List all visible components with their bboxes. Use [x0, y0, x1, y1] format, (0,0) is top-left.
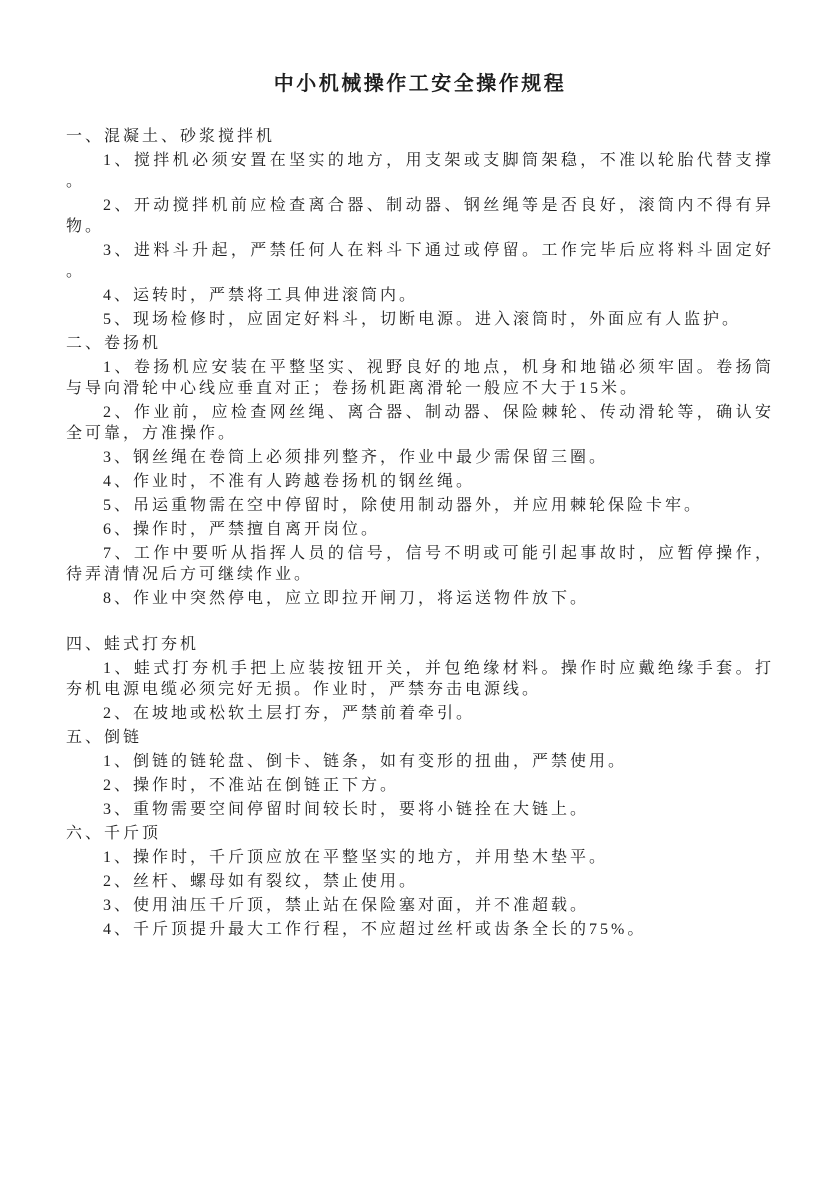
- section: 一、混凝土、砂浆搅拌机1、搅拌机必须安置在坚实的地方，用支架或支脚筒架稳，不准以…: [66, 126, 774, 330]
- rule-item: 8、作业中突然停电，应立即拉开闸刀，将运送物件放下。: [66, 588, 774, 609]
- section: 四、蛙式打夯机1、蛙式打夯机手把上应装按钮开关，并包绝缘材料。操作时应戴绝缘手套…: [66, 634, 774, 724]
- section-heading: 五、倒链: [66, 727, 774, 748]
- rule-item: 6、操作时，严禁擅自离开岗位。: [66, 519, 774, 540]
- rule-item: 1、操作时，千斤顶应放在平整坚实的地方，并用垫木垫平。: [66, 847, 774, 868]
- rule-item: 1、倒链的链轮盘、倒卡、链条，如有变形的扭曲，严禁使用。: [66, 751, 774, 772]
- rule-item: 3、进料斗升起，严禁任何人在料斗下通过或停留。工作完毕后应将料斗固定好。: [66, 240, 774, 282]
- section-heading: 二、卷扬机: [66, 333, 774, 354]
- rule-item: 1、搅拌机必须安置在坚实的地方，用支架或支脚筒架稳，不准以轮胎代替支撑。: [66, 150, 774, 192]
- rule-item: 2、操作时，不准站在倒链正下方。: [66, 775, 774, 796]
- section-heading: 一、混凝土、砂浆搅拌机: [66, 126, 774, 147]
- rule-item: 2、在坡地或松软土层打夯，严禁前着牵引。: [66, 703, 774, 724]
- rule-item: 4、千斤顶提升最大工作行程，不应超过丝杆或齿条全长的75%。: [66, 919, 774, 940]
- rule-item: 4、作业时，不准有人跨越卷扬机的钢丝绳。: [66, 471, 774, 492]
- rule-item: 1、蛙式打夯机手把上应装按钮开关，并包绝缘材料。操作时应戴绝缘手套。打夯机电源电…: [66, 658, 774, 700]
- page-title: 中小机械操作工安全操作规程: [66, 72, 774, 96]
- section-heading: 四、蛙式打夯机: [66, 634, 774, 655]
- document-page: 中小机械操作工安全操作规程 一、混凝土、砂浆搅拌机1、搅拌机必须安置在坚实的地方…: [0, 0, 838, 1186]
- section-heading: 六、千斤顶: [66, 823, 774, 844]
- rule-item: 2、开动搅拌机前应检查离合器、制动器、钢丝绳等是否良好，滚筒内不得有异物。: [66, 195, 774, 237]
- section: 五、倒链1、倒链的链轮盘、倒卡、链条，如有变形的扭曲，严禁使用。2、操作时，不准…: [66, 727, 774, 820]
- rule-item: 5、现场检修时，应固定好料斗，切断电源。进入滚筒时，外面应有人监护。: [66, 309, 774, 330]
- section: 六、千斤顶1、操作时，千斤顶应放在平整坚实的地方，并用垫木垫平。2、丝杆、螺母如…: [66, 823, 774, 940]
- rule-item: 2、作业前，应检查网丝绳、离合器、制动器、保险棘轮、传动滑轮等，确认安全可靠，方…: [66, 402, 774, 444]
- rule-item: 3、重物需要空间停留时间较长时，要将小链拴在大链上。: [66, 799, 774, 820]
- document-body: 中小机械操作工安全操作规程 一、混凝土、砂浆搅拌机1、搅拌机必须安置在坚实的地方…: [66, 72, 774, 943]
- rule-item: 3、使用油压千斤顶，禁止站在保险塞对面，并不准超载。: [66, 895, 774, 916]
- rule-item: 2、丝杆、螺母如有裂纹，禁止使用。: [66, 871, 774, 892]
- rule-item: 1、卷扬机应安装在平整坚实、视野良好的地点，机身和地锚必须牢固。卷扬筒与导向滑轮…: [66, 357, 774, 399]
- rule-item: 7、工作中要听从指挥人员的信号，信号不明或可能引起事故时，应暂停操作，待弄清情况…: [66, 543, 774, 585]
- sections-container: 一、混凝土、砂浆搅拌机1、搅拌机必须安置在坚实的地方，用支架或支脚筒架稳，不准以…: [66, 126, 774, 940]
- rule-item: 5、吊运重物需在空中停留时，除使用制动器外，并应用棘轮保险卡牢。: [66, 495, 774, 516]
- rule-item: 4、运转时，严禁将工具伸进滚筒内。: [66, 285, 774, 306]
- section: 二、卷扬机1、卷扬机应安装在平整坚实、视野良好的地点，机身和地锚必须牢固。卷扬筒…: [66, 333, 774, 609]
- rule-item: 3、钢丝绳在卷筒上必须排列整齐，作业中最少需保留三圈。: [66, 447, 774, 468]
